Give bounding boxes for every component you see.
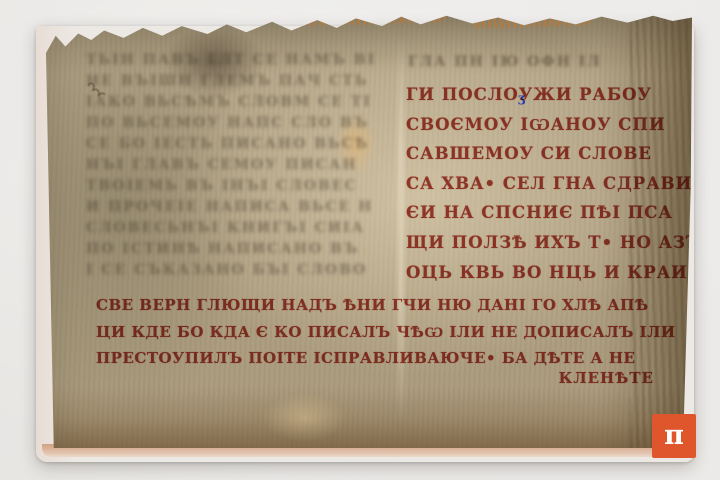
- manuscript-text-line: СВЕ ВЕРН ГЛЮЩИ НАДЪ ѢНИ ГЧИ НЮ ДАНІ ГО Х…: [96, 292, 662, 319]
- manuscript-text-line: ПРЕСТОУПИЛЪ ПОІТЕ ІСПРАВЛИВАЮЧЕ• БА ДѢТЕ…: [96, 345, 662, 372]
- manuscript-text-line: ЦИ КДЕ БО КДА Є КО ПИСАЛЪ ЧѢѠ ІЛИ НЕ ДОП…: [96, 319, 662, 346]
- ghost-text-line: ПО ІСТИНѢ НАПИСАНО ВЪ: [86, 239, 378, 260]
- pi-logo-glyph: π: [664, 422, 684, 449]
- pi-logo-badge: π: [652, 414, 696, 458]
- manuscript-text-line: ОЦЬ КВЬ ВО НЦЬ И КРАИ: [406, 258, 686, 288]
- manuscript-text-line: ГИ ПОСЛОУЖИ РАБОУ: [406, 80, 686, 110]
- colophon-final-word: КЛЕНѢТЕ: [396, 369, 654, 387]
- manuscript-page: ТЬІН ПАВЪ ГЛТ СЕ НАМЪ ВІ НЕ ВЪІШН ГЛЕМЪ …: [46, 14, 692, 448]
- manuscript-text-line: СВОЄМОУ ІѠАНОУ СПИ: [406, 110, 686, 140]
- faded-header-line: ГЛА ПН ІЮ ОФН ІЛ: [408, 54, 684, 70]
- binding-thread-remnant: [471, 15, 591, 28]
- ghost-text-line: СЛОВЕСЬНЪІ КНИГЪІ СИІА: [86, 218, 378, 239]
- ghost-text-line: І СЕ СЪКАЗАНО БЪІ СЛОВО: [86, 260, 378, 281]
- ghost-text-line: СЕ БО ІЕСТЬ ПИСАНО ВЬСѢ: [86, 134, 378, 155]
- ghost-text-line: ПО ВЬСЕМОУ НАПС СЛО ВЪ: [86, 113, 378, 134]
- red-text-column: ГИ ПОСЛОУЖИ РАБОУ СВОЄМОУ ІѠАНОУ СПИ САВ…: [406, 80, 686, 287]
- ghost-text-line: ТЬІН ПАВЪ ГЛТ СЕ НАМЪ ВІ: [86, 50, 378, 71]
- manuscript-text-line: ЩИ ПОЛЗѢ ИХЪ Т• НО АЗЪ ѢИ: [406, 228, 686, 258]
- ghost-text-line: НЪІ ГЛАВЪ СЕМОУ ПИСАН: [86, 155, 378, 176]
- ghost-text-line: НЕ ВЪІШН ГЛЕМЪ ПАЧ СТЬ: [86, 71, 378, 92]
- colophon-text-block: СВЕ ВЕРН ГЛЮЩИ НАДЪ ѢНИ ГЧИ НЮ ДАНІ ГО Х…: [96, 292, 662, 372]
- manuscript-text-line: ЄИ НА СПСНИЄ ПѢІ ПСА: [406, 198, 686, 228]
- ghost-text-line: ТВОІЕМЬ ВЪ ІНЪІ СЛОВЕС: [86, 176, 378, 197]
- photo-background: ТЬІН ПАВЪ ГЛТ СЕ НАМЪ ВІ НЕ ВЪІШН ГЛЕМЪ …: [0, 0, 720, 480]
- manuscript-text-line: СА ХВА• СЕЛ ГНА СДРАВИ: [406, 169, 686, 199]
- ghost-text-line: ІАКО ВЬСѢМЪ СЛОВМ СЕ ТІ: [86, 92, 378, 113]
- ghost-text-line: И ПРОЧЕІЕ НАПИСА ВЬСЕ Н: [86, 197, 378, 218]
- bleed-through-text-column: ТЬІН ПАВЪ ГЛТ СЕ НАМЪ ВІ НЕ ВЪІШН ГЛЕМЪ …: [86, 50, 378, 281]
- manuscript-text-line: САВШЕМОУ СИ СЛОВЕ: [406, 139, 686, 169]
- binding-thread-remnant: [296, 12, 446, 26]
